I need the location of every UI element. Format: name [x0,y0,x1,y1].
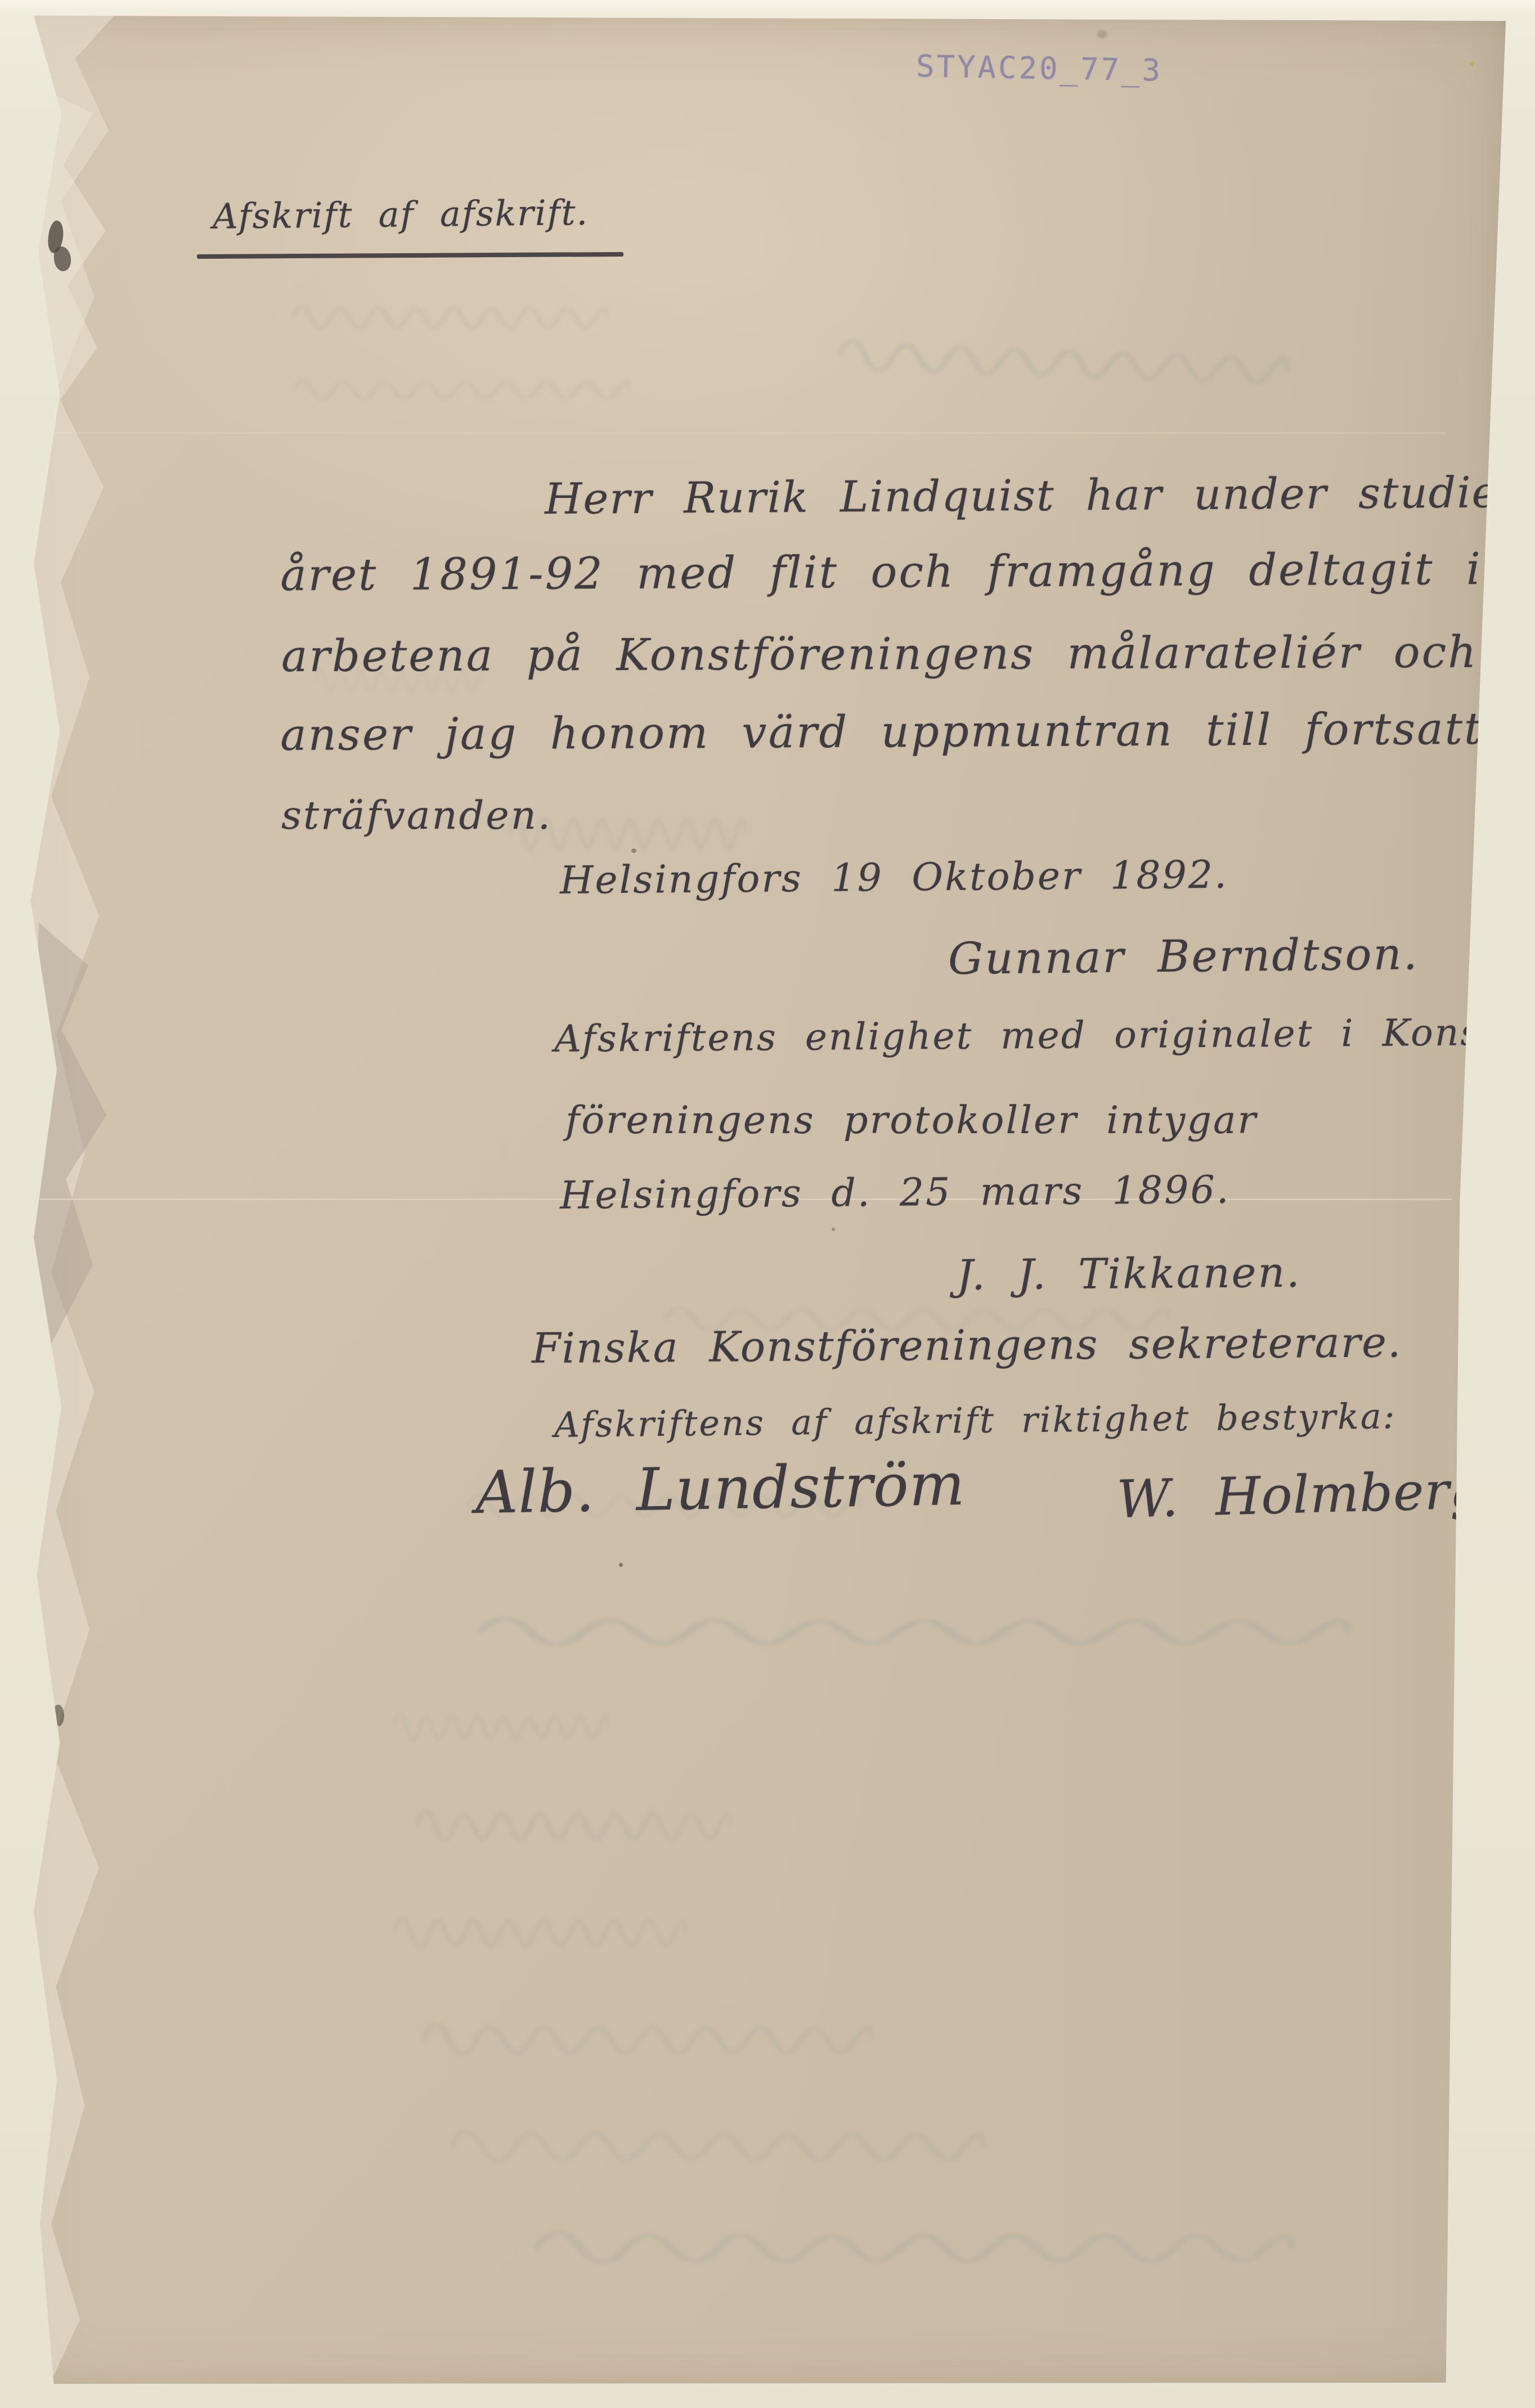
torn-edge-ink-speck [53,246,72,272]
heading-underline [197,252,623,259]
bleedthrough-ghost-writing [394,1906,686,1957]
document-page: STYAC20_77_3 Afskrift af afskrift. Herr … [0,0,1535,2408]
scanned-document-background: STYAC20_77_3 Afskrift af afskrift. Herr … [0,0,1535,2408]
signature-title: Finska Konstföreningens sekreterare. [532,1318,1402,1373]
bleedthrough-ghost-writing [422,2013,872,2064]
archival-label: STYAC20_77_3 [915,48,1163,88]
fold-crease-line [39,432,1446,434]
bleedthrough-ghost-writing [416,1799,731,1850]
bleedthrough-ghost-writing [838,329,1290,395]
bleedthrough-ghost-writing [394,1704,608,1749]
paper-stain [1097,30,1107,38]
paper-stain [1470,62,1474,66]
bleedthrough-ghost-writing [535,2221,1294,2272]
bleedthrough-ghost-writing [293,297,608,336]
dateline-original: Helsingfors 19 Oktober 1892. [560,853,1228,903]
attestation-line: föreningens protokoller intygar [565,1098,1258,1143]
body-line: sträfvanden. [281,792,552,838]
torn-left-edge [23,11,118,2391]
body-line: året 1891-92 med flit och framgång delta… [280,544,1482,601]
torn-edge-ink-speck [50,1736,58,1751]
torn-edge-ink-speck [41,682,48,713]
paper-stain [832,1228,835,1231]
certification-line: Afskriftens af afskrift riktighet bestyr… [554,1395,1397,1445]
body-line: anser jag honom värd uppmuntran till for… [280,704,1511,761]
witness-signature-lundstrom: Alb. Lundström [475,1450,966,1527]
dateline-attestation: Helsingfors d. 25 mars 1896. [560,1168,1231,1218]
bleedthrough-ghost-writing [478,1608,1350,1653]
attestation-line: Afskriftens enlighet med originalet i Ko… [554,1010,1512,1061]
bleedthrough-ghost-writing [293,372,630,406]
signature-gunnar-berndtson: Gunnar Berndtson. [948,929,1419,985]
witness-signature-holmberg: W. Holmberg [1116,1460,1484,1530]
body-line: Herr Rurik Lindquist har under studie- [545,467,1514,524]
paper-stain [619,1563,623,1567]
bleedthrough-ghost-writing [450,2120,985,2171]
torn-edge-ink-speck [53,1705,64,1726]
signature-jj-tikkanen: J. J. Tikkanen. [957,1248,1301,1300]
torn-edge-gray-patch [25,923,115,1350]
document-heading: Afskrift af afskrift. [213,192,589,237]
body-line: arbetena på Konstföreningens målaratelié… [281,627,1478,682]
